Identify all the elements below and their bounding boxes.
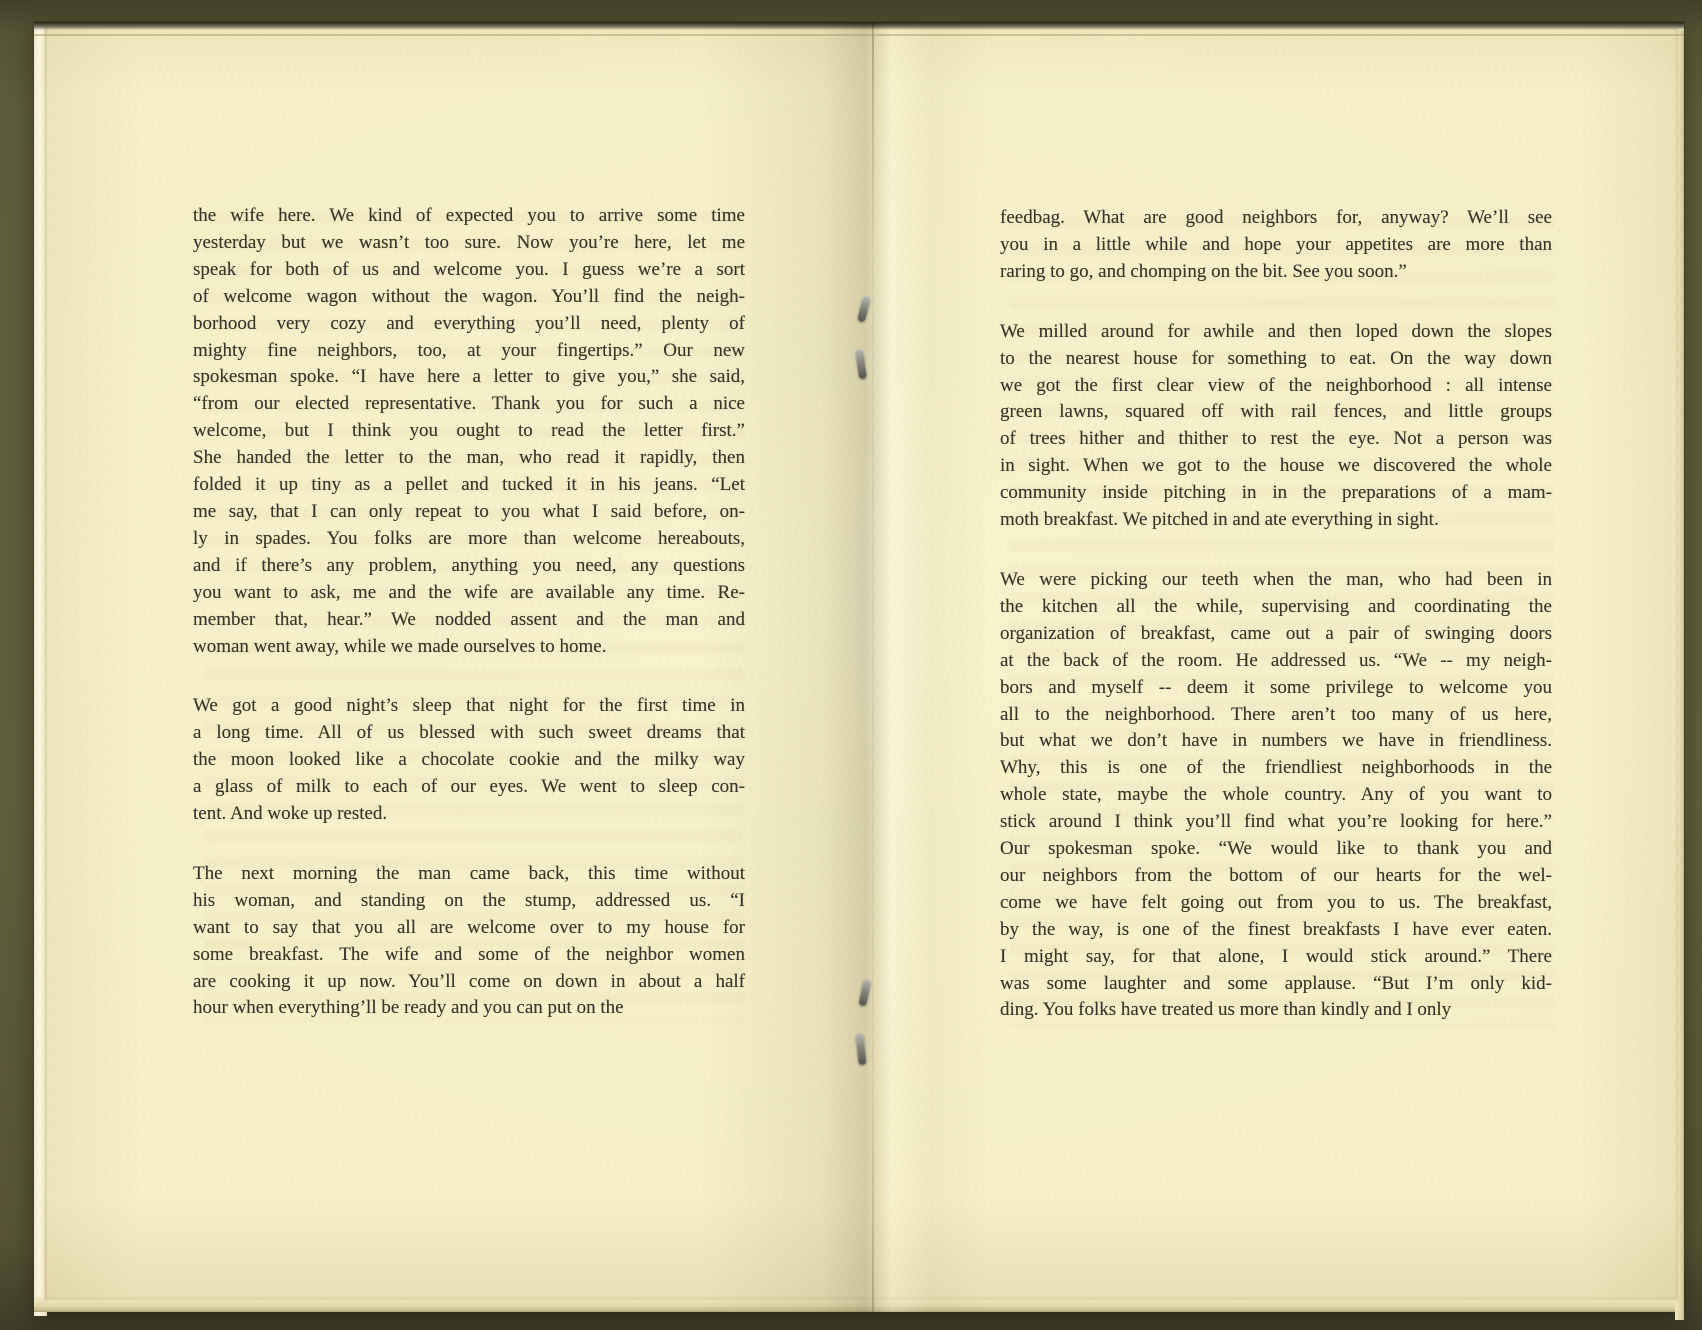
text-line: speak for both of us and welcome you. I … [193,257,745,284]
text-line: by the way, is one of the finest breakfa… [1000,917,1552,944]
top-edge-shadow [34,22,1684,30]
text-line: come we have felt going out from you to … [1000,890,1552,917]
text-line: our neighbors from the bottom of our hea… [1000,863,1552,890]
paragraph: The next morning the man came back, this… [193,861,745,1022]
text-line: some breakfast. The wife and some of the… [193,942,745,969]
text-line: “from our elected representative. Thank … [193,391,745,418]
paragraph: We got a good night’s sleep that night f… [193,693,745,828]
text-line: in sight. When we got to the house we di… [1000,453,1552,480]
text-line: tent. And woke up rested. [193,801,745,828]
page-left-text: the wife here. We kind of expected you t… [193,203,745,1022]
open-booklet: the wife here. We kind of expected you t… [34,22,1684,1312]
text-line: spokesman spoke. “I have here a letter t… [193,364,745,391]
paragraph: feedbag. What are good neighbors for, an… [1000,205,1552,286]
text-line: want to say that you all are welcome ove… [193,915,745,942]
paragraph: We milled around for awhile and then lop… [1000,319,1552,534]
text-line: of trees hither and thither to rest the … [1000,426,1552,453]
text-line: the kitchen all the while, supervising a… [1000,594,1552,621]
text-line: yesterday but we wasn’t too sure. Now yo… [193,230,745,257]
text-line: the wife here. We kind of expected you t… [193,203,745,230]
text-line: We were picking our teeth when the man, … [1000,567,1552,594]
scanned-book-photo: { "document": { "kind": "open stapled bo… [0,0,1702,1330]
text-line: community inside pitching in in the prep… [1000,480,1552,507]
paragraph: We were picking our teeth when the man, … [1000,567,1552,1024]
text-line: you in a little while and hope your appe… [1000,232,1552,259]
page-stack-edge-left [34,26,47,1316]
text-line: a long time. All of us blessed with such… [193,720,745,747]
text-line: green lawns, squared off with rail fence… [1000,399,1552,426]
text-line: his woman, and standing on the stump, ad… [193,888,745,915]
text-line: I might say, for that alone, I would sti… [1000,944,1552,971]
page-stack-edge-bottom [34,1297,1684,1312]
text-line: but what we don’t have in numbers we hav… [1000,728,1552,755]
staple-icon [858,978,871,1006]
text-line: we got the first clear view of the neigh… [1000,373,1552,400]
center-gutter-crease [872,22,874,1312]
text-line: and if there’s any problem, anything you… [193,553,745,580]
text-line: ding. You folks have treated us more tha… [1000,997,1552,1024]
text-line: woman went away, while we made ourselves… [193,634,745,661]
text-line: hour when everything’ll be ready and you… [193,995,745,1022]
page-stack-edge-right [1675,30,1684,1320]
top-edge-line [34,34,1684,36]
text-line: of welcome wagon without the wagon. You’… [193,284,745,311]
text-line: all to the neighborhood. There aren’t to… [1000,702,1552,729]
page-right-text: feedbag. What are good neighbors for, an… [1000,205,1552,1024]
text-line: a glass of milk to each of our eyes. We … [193,774,745,801]
text-line: folded it up tiny as a pellet and tucked… [193,472,745,499]
paragraph: the wife here. We kind of expected you t… [193,203,745,660]
text-line: are cooking it up now. You’ll come on do… [193,969,745,996]
text-line: bors and myself -- deem it some privileg… [1000,675,1552,702]
text-line: feedbag. What are good neighbors for, an… [1000,205,1552,232]
text-line: raring to go, and chomping on the bit. S… [1000,259,1552,286]
text-line: at the back of the room. He addressed us… [1000,648,1552,675]
text-line: welcome, but I think you ought to read t… [193,418,745,445]
text-line: We got a good night’s sleep that night f… [193,693,745,720]
text-line: Our spokesman spoke. “We would like to t… [1000,836,1552,863]
text-line: mighty fine neighbors, too, at your fing… [193,338,745,365]
staple-icon [855,349,867,380]
text-line: stick around I think you’ll find what yo… [1000,809,1552,836]
text-line: whole state, maybe the whole country. An… [1000,782,1552,809]
text-line: me say, that I can only repeat to you wh… [193,499,745,526]
text-line: moth breakfast. We pitched in and ate ev… [1000,507,1552,534]
text-line: the moon looked like a chocolate cookie … [193,747,745,774]
text-line: She handed the letter to the man, who re… [193,445,745,472]
text-line: organization of breakfast, came out a pa… [1000,621,1552,648]
text-line: Why, this is one of the friendliest neig… [1000,755,1552,782]
text-line: was some laughter and some applause. “Bu… [1000,971,1552,998]
staple-icon [857,295,871,322]
staple-icon [855,1033,866,1066]
text-line: The next morning the man came back, this… [193,861,745,888]
text-line: We milled around for awhile and then lop… [1000,319,1552,346]
text-line: ly in spades. You folks are more than we… [193,526,745,553]
text-line: member that, hear.” We nodded assent and… [193,607,745,634]
text-line: to the nearest house for something to ea… [1000,346,1552,373]
text-line: borhood very cozy and everything you’ll … [193,311,745,338]
text-line: you want to ask, me and the wife are ava… [193,580,745,607]
